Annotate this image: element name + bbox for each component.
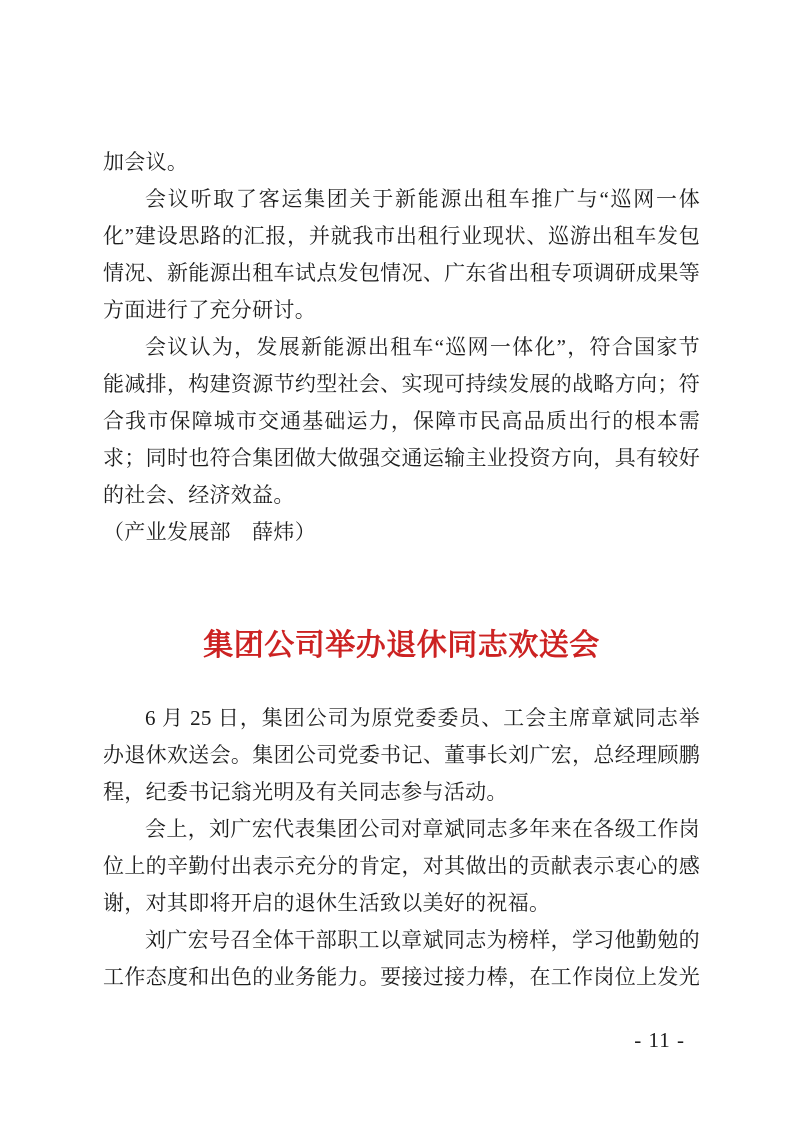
body-line: 合我市保障城市交通基础运力，保障市民高品质出行的根本需 (103, 403, 700, 440)
paragraph: 会议听取了客运集团关于新能源出租车推广与“巡网一体 化”建设思路的汇报，并就我市… (103, 181, 700, 329)
document-page: 加会议。 会议听取了客运集团关于新能源出租车推广与“巡网一体 化”建设思路的汇报… (0, 0, 800, 1132)
paragraph: 会议认为，发展新能源出租车“巡网一体化”，符合国家节 能减排，构建资源节约型社会… (103, 329, 700, 514)
body-line: 6 月 25 日，集团公司为原党委委员、工会主席章斌同志举 (103, 700, 700, 737)
body-line: 求；同时也符合集团做大做强交通运输主业投资方向，具有较好 (103, 440, 700, 477)
body-line: 会上，刘广宏代表集团公司对章斌同志多年来在各级工作岗 (103, 811, 700, 848)
body-line: 能减排，构建资源节约型社会、实现可持续发展的战略方向；符 (103, 366, 700, 403)
paragraph: 刘广宏号召全体干部职工以章斌同志为榜样，学习他勤勉的 工作态度和出色的业务能力。… (103, 922, 700, 996)
body-line: 加会议。 (103, 144, 700, 181)
paragraph: 会上，刘广宏代表集团公司对章斌同志多年来在各级工作岗 位上的辛勤付出表示充分的肯… (103, 811, 700, 922)
body-line: 位上的辛勤付出表示充分的肯定，对其做出的贡献表示衷心的感 (103, 848, 700, 885)
body-line: 刘广宏号召全体干部职工以章斌同志为榜样，学习他勤勉的 (103, 922, 700, 959)
paragraph: 加会议。 (103, 144, 700, 181)
body-line: 化”建设思路的汇报，并就我市出租行业现状、巡游出租车发包 (103, 218, 700, 255)
body-line: 办退休欢送会。集团公司党委书记、董事长刘广宏，总经理顾鹏 (103, 737, 700, 774)
body-line: 程，纪委书记翁光明及有关同志参与活动。 (103, 774, 700, 811)
page-number: - 11 - (634, 1028, 685, 1052)
paragraph: 6 月 25 日，集团公司为原党委委员、工会主席章斌同志举 办退休欢送会。集团公… (103, 700, 700, 811)
body-line: 会议听取了客运集团关于新能源出租车推广与“巡网一体 (103, 181, 700, 218)
body-line: 情况、新能源出租车试点发包情况、广东省出租专项调研成果等 (103, 255, 700, 292)
body-line: 方面进行了充分研讨。 (103, 292, 700, 329)
body-line: 会议认为，发展新能源出租车“巡网一体化”，符合国家节 (103, 329, 700, 366)
article-title: 集团公司举办退休同志欢送会 (103, 621, 700, 671)
document-body: 加会议。 会议听取了客运集团关于新能源出租车推广与“巡网一体 化”建设思路的汇报… (103, 144, 700, 996)
body-line: 谢，对其即将开启的退休生活致以美好的祝福。 (103, 885, 700, 922)
body-line: 的社会、经济效益。 (103, 477, 700, 514)
body-line: 工作态度和出色的业务能力。要接过接力棒，在工作岗位上发光 (103, 959, 700, 996)
article-byline: （产业发展部 薛炜） (103, 514, 700, 551)
